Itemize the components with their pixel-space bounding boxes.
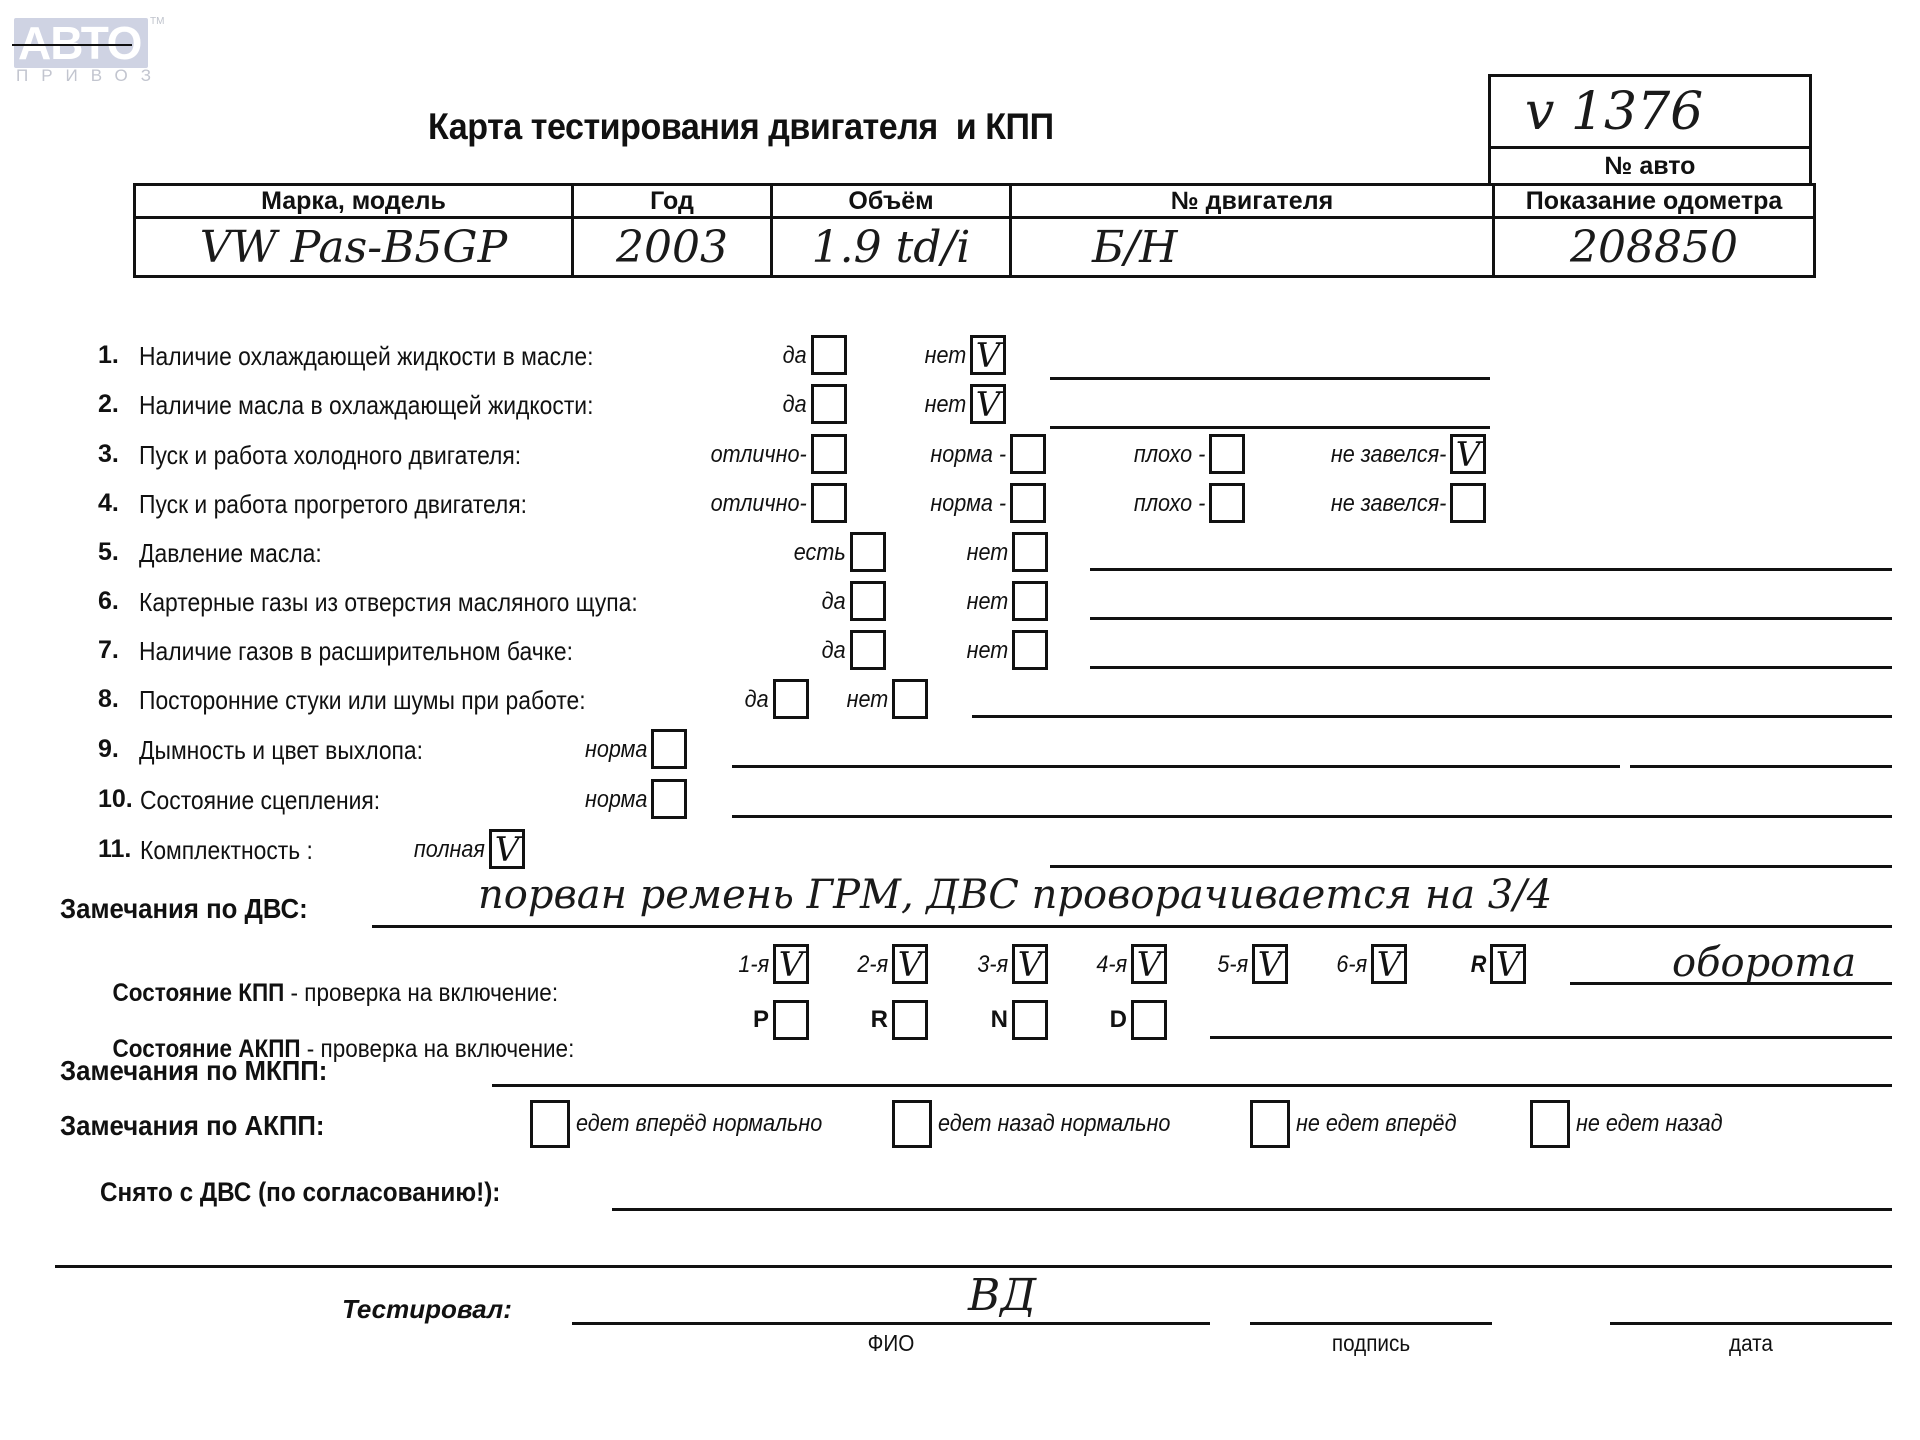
col-make-model: Марка, модель — [135, 185, 573, 218]
check-mark-icon: V — [1258, 945, 1283, 985]
logo-brand: АВТО — [18, 16, 141, 70]
notes-line[interactable] — [1090, 568, 1892, 571]
question-text: Картерные газы из отверстия масляного щу… — [139, 587, 638, 618]
option-label: нет — [966, 539, 1008, 567]
gear-checkbox[interactable] — [1012, 1000, 1048, 1040]
check-mark-icon: V — [1496, 945, 1521, 985]
question-number: 3. — [98, 440, 119, 469]
remarks-engine-value[interactable]: порван ремень ГРМ, ДВС проворачивается н… — [478, 872, 1552, 918]
option-label: полная — [414, 836, 485, 864]
checkbox[interactable] — [850, 630, 886, 670]
option-label: отлично- — [711, 490, 807, 518]
checkbox[interactable]: V — [1450, 434, 1486, 474]
question-text: Посторонние стуки или шумы при работе: — [139, 685, 586, 716]
name-caption: ФИО — [604, 1330, 1178, 1357]
checkbox[interactable] — [1450, 483, 1486, 523]
auto-remark-checkbox[interactable] — [1250, 1100, 1290, 1148]
manual-gearbox-label-bold: Состояние КПП — [113, 979, 285, 1007]
question-number: 9. — [98, 735, 119, 764]
question-number: 10. — [98, 785, 133, 814]
question-text: Давление масла: — [139, 538, 322, 569]
option-label: норма - — [930, 441, 1006, 469]
option-label: да — [745, 686, 769, 714]
gear-label: N — [991, 1006, 1008, 1034]
gear-checkbox[interactable]: V — [1490, 944, 1526, 984]
engine-number-value[interactable]: Б/Н — [1011, 218, 1494, 277]
gear-label: R — [871, 1006, 888, 1034]
notes-line[interactable] — [1090, 617, 1892, 620]
checkbox[interactable] — [811, 335, 847, 375]
name-line[interactable] — [572, 1322, 1210, 1325]
checkbox[interactable] — [1010, 483, 1046, 523]
check-mark-icon: V — [779, 945, 804, 985]
notes-line[interactable] — [1050, 426, 1490, 429]
logo-sub: ПРИВОЗ — [16, 66, 164, 86]
check-mark-icon: V — [1377, 945, 1402, 985]
gear-checkbox[interactable]: V — [892, 944, 928, 984]
gear-label: 3-я — [977, 951, 1008, 979]
check-mark-icon: V — [976, 385, 1001, 425]
volume-value[interactable]: 1.9 td/i — [772, 218, 1011, 277]
question-text: Пуск и работа прогретого двигателя: — [139, 489, 527, 520]
checkbox[interactable] — [1010, 434, 1046, 474]
question-text: Наличие газов в расширительном бачке: — [139, 636, 573, 667]
auto-remark-label: едет вперёд нормально — [576, 1110, 822, 1138]
notes-line[interactable] — [1050, 377, 1490, 380]
option-label: нет — [966, 588, 1008, 616]
checkbox[interactable] — [1209, 434, 1245, 474]
checkbox[interactable] — [892, 679, 928, 719]
tester-name-value[interactable]: ВД — [968, 1270, 1036, 1321]
gear-checkbox[interactable] — [773, 1000, 809, 1040]
gear-label: D — [1110, 1006, 1127, 1034]
signature-line[interactable] — [1250, 1322, 1492, 1325]
option-label: не завелся- — [1330, 441, 1446, 469]
option-label: норма — [585, 786, 647, 814]
question-number: 4. — [98, 489, 119, 518]
auto-gearbox-line — [1210, 1036, 1892, 1039]
checkbox[interactable] — [811, 384, 847, 424]
remarks-engine-line — [372, 925, 1892, 928]
checkbox[interactable] — [651, 729, 687, 769]
gear-label: P — [753, 1006, 769, 1034]
auto-remark-label: не едет вперёд — [1296, 1110, 1457, 1138]
removed-line-1[interactable] — [612, 1208, 1892, 1211]
checkbox[interactable]: V — [970, 335, 1006, 375]
check-mark-icon: V — [1137, 945, 1162, 985]
option-label: да — [822, 637, 846, 665]
question-number: 11. — [98, 835, 131, 864]
checkbox[interactable] — [1012, 581, 1048, 621]
gear-label: 6-я — [1336, 951, 1367, 979]
remarks-manual-label: Замечания по МКПП: — [60, 1055, 327, 1087]
gear-checkbox[interactable]: V — [1252, 944, 1288, 984]
question-text: Пуск и работа холодного двигателя: — [139, 440, 521, 471]
date-line[interactable] — [1610, 1322, 1892, 1325]
question-number: 6. — [98, 587, 119, 616]
option-label: нет — [924, 342, 966, 370]
vehicle-info-table: Марка, модель Год Объём № двигателя Пока… — [133, 183, 1816, 278]
checkbox[interactable] — [811, 483, 847, 523]
check-mark-icon: V — [1018, 945, 1043, 985]
notes-line[interactable] — [1090, 666, 1892, 669]
option-label: нет — [924, 391, 966, 419]
gear-label: 1-я — [738, 951, 769, 979]
checkbox[interactable] — [651, 779, 687, 819]
checkbox[interactable]: V — [489, 829, 525, 869]
checkbox[interactable] — [773, 679, 809, 719]
gear-checkbox[interactable]: V — [1012, 944, 1048, 984]
question-text: Дымность и цвет выхлопа: — [139, 735, 423, 766]
date-caption: дата — [1624, 1330, 1878, 1357]
question-text: Наличие охлаждающей жидкости в масле: — [139, 341, 593, 372]
gear-checkbox[interactable] — [1131, 1000, 1167, 1040]
option-label: плохо - — [1134, 490, 1205, 518]
removed-line-2[interactable] — [55, 1265, 1892, 1268]
logo-tm: TM — [150, 16, 164, 27]
check-mark-icon: V — [976, 336, 1001, 376]
make-model-value[interactable]: VW Pas-B5GP — [135, 218, 573, 277]
checkbox[interactable] — [811, 434, 847, 474]
gear-label: 4-я — [1096, 951, 1127, 979]
manual-gearbox-label-rest: - проверка на включение: — [284, 979, 558, 1007]
page-title: Карта тестирования двигателя и КПП — [428, 106, 1054, 148]
col-engine-number: № двигателя — [1011, 185, 1494, 218]
question-number: 2. — [98, 390, 119, 419]
gear-label: R — [1470, 951, 1486, 979]
auto-remark-checkbox[interactable] — [530, 1100, 570, 1148]
check-mark-icon: V — [1456, 435, 1481, 475]
gear-label: 2-я — [857, 951, 888, 979]
option-label: есть — [794, 539, 846, 567]
option-label: отлично- — [711, 441, 807, 469]
checkbox[interactable] — [850, 581, 886, 621]
check-mark-icon: V — [495, 830, 520, 870]
question-number: 5. — [98, 538, 119, 567]
col-odometer: Показание одометра — [1494, 185, 1815, 218]
gear-checkbox[interactable]: V — [1131, 944, 1167, 984]
question-number: 1. — [98, 341, 119, 370]
odometer-value[interactable]: 208850 — [1494, 218, 1815, 277]
question-text: Комплектность : — [140, 835, 313, 866]
manual-gearbox-label: Состояние КПП - проверка на включение: — [100, 950, 558, 1008]
gear-checkbox[interactable] — [892, 1000, 928, 1040]
auto-remark-label: не едет назад — [1576, 1110, 1723, 1138]
notes-line[interactable] — [1050, 865, 1892, 868]
auto-remark-checkbox[interactable] — [892, 1100, 932, 1148]
auto-remark-label: едет назад нормально — [938, 1110, 1170, 1138]
check-mark-icon: V — [898, 945, 923, 985]
question-text: Состояние сцепления: — [140, 785, 380, 816]
option-label: да — [783, 391, 807, 419]
checkbox[interactable] — [1012, 532, 1048, 572]
year-value[interactable]: 2003 — [573, 218, 772, 277]
checkbox[interactable] — [1209, 483, 1245, 523]
remarks-manual-line[interactable] — [492, 1084, 1892, 1087]
remarks-engine-label: Замечания по ДВС: — [60, 893, 308, 925]
tested-by-label: Тестировал: — [342, 1294, 512, 1325]
notes-line[interactable] — [732, 815, 1892, 818]
col-year: Год — [573, 185, 772, 218]
gear-checkbox[interactable]: V — [773, 944, 809, 984]
removed-label: Снято с ДВС (по согласованию!): — [100, 1177, 500, 1208]
question-number: 7. — [98, 636, 119, 665]
question-text: Наличие масла в охлаждающей жидкости: — [139, 390, 593, 421]
option-label: да — [822, 588, 846, 616]
notes-line[interactable] — [732, 765, 1620, 768]
auto-gearbox-label-rest: - проверка на включение: — [301, 1035, 575, 1063]
option-label: плохо - — [1134, 441, 1205, 469]
auto-remark-checkbox[interactable] — [1530, 1100, 1570, 1148]
option-label: нет — [966, 637, 1008, 665]
gear-checkbox[interactable]: V — [1371, 944, 1407, 984]
signature-caption: подпись — [1262, 1330, 1480, 1357]
option-label: норма — [585, 736, 647, 764]
remarks-engine-value-cont[interactable]: оборота — [1672, 940, 1856, 986]
col-volume: Объём — [772, 185, 1011, 218]
notes-line[interactable] — [972, 715, 1892, 718]
checkbox[interactable] — [850, 532, 886, 572]
gear-label: 5-я — [1217, 951, 1248, 979]
checkbox[interactable] — [1012, 630, 1048, 670]
question-number: 8. — [98, 685, 119, 714]
avto-number-label: № авто — [1488, 146, 1812, 186]
notes-line[interactable] — [1630, 765, 1892, 768]
avto-number-cell[interactable]: v 1376 — [1488, 74, 1812, 149]
option-label: не завелся- — [1330, 490, 1446, 518]
option-label: нет — [846, 686, 888, 714]
remarks-auto-label: Замечания по АКПП: — [60, 1110, 324, 1142]
avto-number-value: v 1376 — [1491, 77, 1809, 147]
checkbox[interactable]: V — [970, 384, 1006, 424]
option-label: норма - — [930, 490, 1006, 518]
scan-mark — [12, 44, 132, 46]
option-label: да — [783, 342, 807, 370]
